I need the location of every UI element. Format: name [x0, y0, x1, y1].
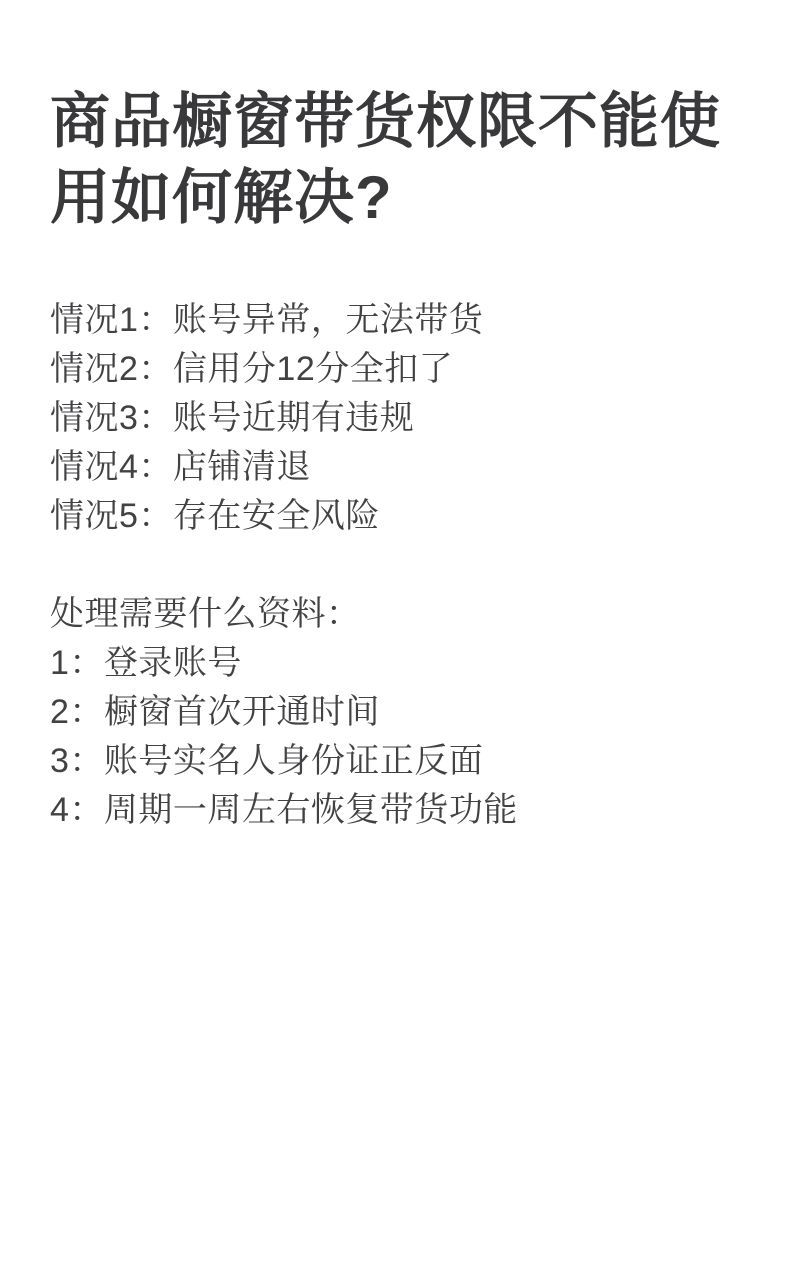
materials-section: 处理需要什么资料： 1：登录账号 2：橱窗首次开通时间 3：账号实名人身份证正反…	[50, 590, 750, 835]
situation-item-5: 情况5：存在安全风险	[50, 492, 750, 541]
material-item-2: 2：橱窗首次开通时间	[50, 688, 750, 737]
material-item-1: 1：登录账号	[50, 639, 750, 688]
situation-item-4: 情况4：店铺清退	[50, 443, 750, 492]
materials-heading: 处理需要什么资料：	[50, 590, 750, 639]
page-title-line-2: 用如何解决?	[50, 160, 750, 236]
document-page: 商品橱窗带货权限不能使 用如何解决? 情况1：账号异常，无法带货 情况2：信用分…	[0, 0, 800, 1275]
content-area: 商品橱窗带货权限不能使 用如何解决? 情况1：账号异常，无法带货 情况2：信用分…	[0, 84, 800, 835]
situation-item-3: 情况3：账号近期有违规	[50, 394, 750, 443]
page-title: 商品橱窗带货权限不能使 用如何解决?	[50, 84, 750, 236]
situation-item-1: 情况1：账号异常，无法带货	[50, 296, 750, 345]
material-item-4: 4：周期一周左右恢复带货功能	[50, 786, 750, 835]
material-item-3: 3：账号实名人身份证正反面	[50, 737, 750, 786]
situation-list: 情况1：账号异常，无法带货 情况2：信用分12分全扣了 情况3：账号近期有违规 …	[50, 296, 750, 541]
situation-item-2: 情况2：信用分12分全扣了	[50, 345, 750, 394]
page-title-line-1: 商品橱窗带货权限不能使	[50, 84, 750, 160]
